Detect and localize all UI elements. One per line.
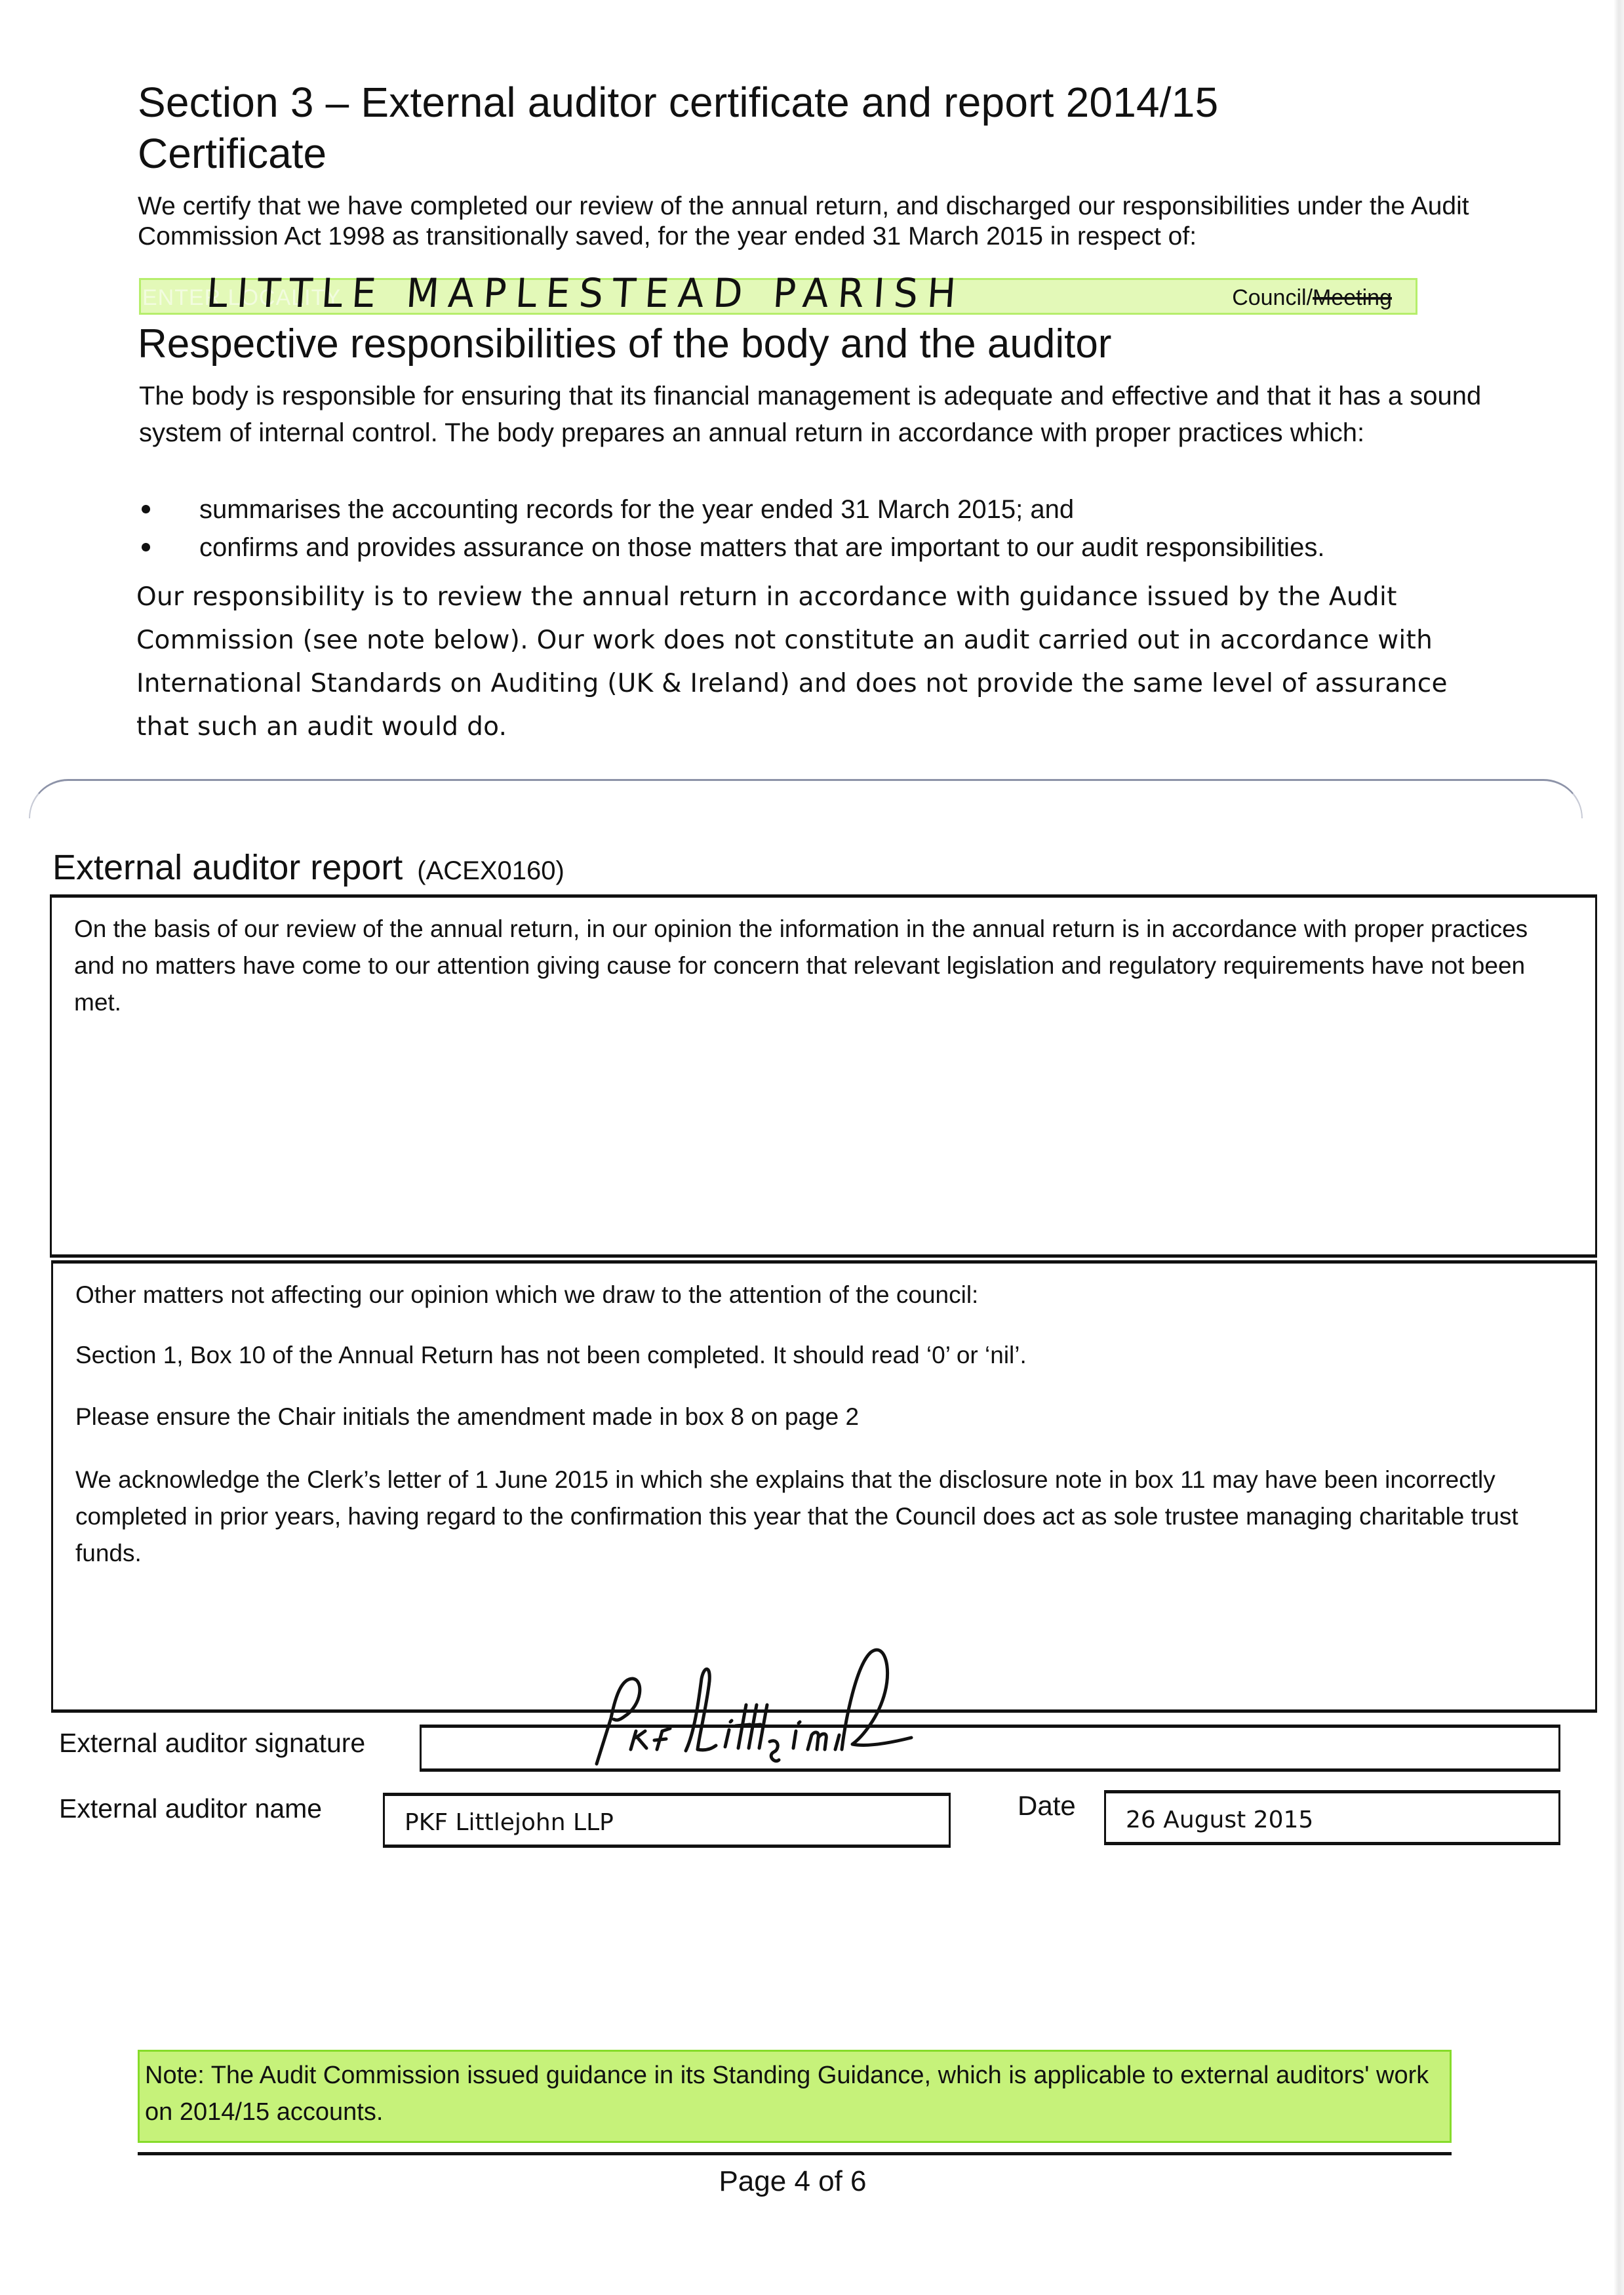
list-item: summarises the accounting records for th…: [139, 490, 1549, 529]
body-name-field[interactable]: ENTER LOCALITY LITTLE MAPLESTEAD PARISH …: [139, 278, 1417, 315]
footer-divider: [138, 2152, 1452, 2155]
auditor-name-label: External auditor name: [59, 1793, 322, 1824]
list-item-text: confirms and provides assurance on those…: [199, 533, 1324, 562]
our-responsibility-text: Our responsibility is to review the annu…: [136, 576, 1480, 749]
report-title: External auditor report: [52, 848, 403, 887]
other-matter-item: Section 1, Box 10 of the Annual Return h…: [75, 1337, 1570, 1374]
page-number: Page 4 of 6: [0, 2165, 1585, 2198]
body-type-label: Council/Meeting: [1232, 285, 1392, 311]
section-divider: [29, 779, 1583, 818]
report-heading: External auditor report(ACEX0160): [52, 846, 564, 892]
responsibilities-heading: Respective responsibilities of the body …: [138, 320, 1111, 369]
body-type-council: Council/: [1232, 285, 1313, 310]
other-matters-box: Other matters not affecting our opinion …: [51, 1260, 1597, 1713]
body-type-meeting-struck: Meeting: [1313, 285, 1392, 310]
other-matter-item: We acknowledge the Clerk’s letter of 1 J…: [75, 1462, 1570, 1572]
guidance-note-text: Note: The Audit Commission issued guidan…: [145, 2057, 1430, 2130]
bullet-icon: [142, 505, 150, 513]
bullet-icon: [142, 543, 150, 551]
body-name-handwritten: LITTLE MAPLESTEAD PARISH: [205, 269, 967, 316]
date-label: Date: [1018, 1790, 1076, 1822]
opinion-text: On the basis of our review of the annual…: [74, 911, 1569, 1021]
opinion-box: On the basis of our review of the annual…: [50, 894, 1597, 1258]
auditor-name-value: PKF Littlejohn LLP: [405, 1809, 614, 1836]
other-matters-intro: Other matters not affecting our opinion …: [75, 1277, 1570, 1313]
date-value: 26 August 2015: [1126, 1806, 1313, 1833]
list-item: confirms and provides assurance on those…: [139, 529, 1549, 567]
responsibilities-list: summarises the accounting records for th…: [139, 490, 1549, 567]
date-field[interactable]: 26 August 2015: [1104, 1790, 1560, 1845]
signature-label: External auditor signature: [59, 1728, 365, 1759]
list-item-text: summarises the accounting records for th…: [199, 495, 1074, 524]
section-title: Section 3 – External auditor certificate…: [138, 77, 1218, 127]
auditor-name-field[interactable]: PKF Littlejohn LLP: [383, 1793, 951, 1848]
certificate-heading: Certificate: [138, 129, 327, 178]
report-code: (ACEX0160): [417, 856, 564, 885]
other-matter-item: Please ensure the Chair initials the ame…: [75, 1399, 1570, 1435]
scan-edge-shadow: [1614, 0, 1624, 2295]
signature-field[interactable]: [420, 1725, 1560, 1772]
certificate-text: We certify that we have completed our re…: [138, 191, 1547, 252]
responsibilities-text: The body is responsible for ensuring tha…: [139, 378, 1516, 451]
guidance-note: Note: The Audit Commission issued guidan…: [138, 2050, 1452, 2143]
